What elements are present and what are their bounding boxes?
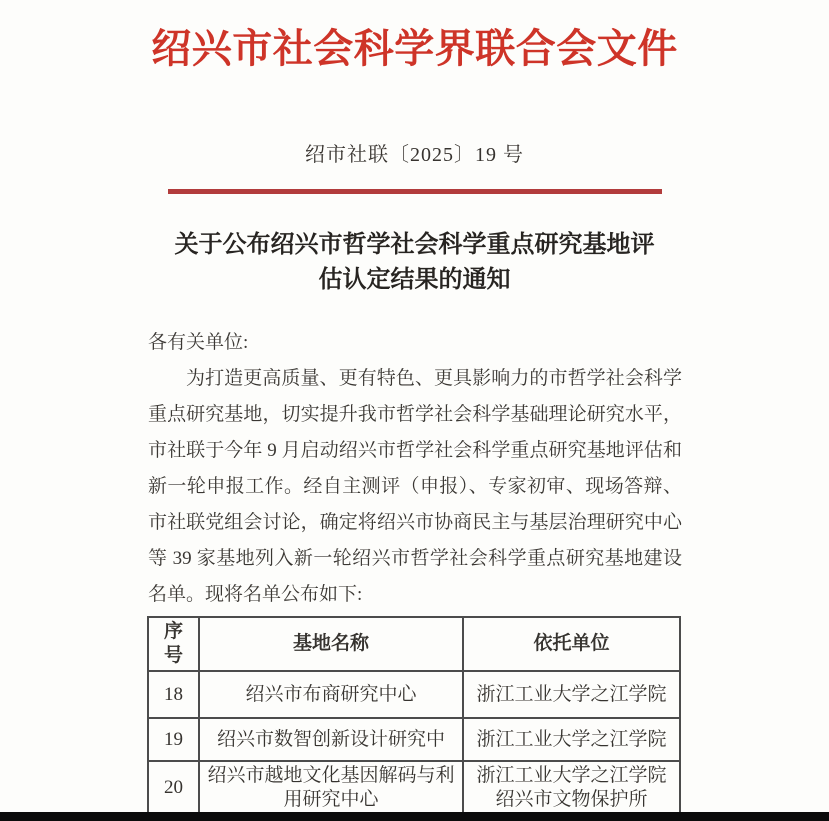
document-body: 各有关单位: 为打造更高质量、更有特色、更具影响力的市哲学社会科学重点研究基地，… (148, 325, 682, 613)
table-row: 19 绍兴市数智创新设计研究中 浙江工业大学之江学院 (148, 718, 680, 761)
header-cell-host-unit: 依托单位 (463, 617, 680, 671)
research-base-table: 序号 基地名称 依托单位 18 绍兴市布商研究中心 浙江工业大学之江学院 19 … (147, 616, 681, 816)
document-title: 关于公布绍兴市哲学社会科学重点研究基地评 估认定结果的通知 (0, 228, 829, 298)
cell-base-name: 绍兴市布商研究中心 (199, 671, 463, 718)
cell-host-unit: 浙江工业大学之江学院 绍兴市文物保护所 (463, 761, 680, 815)
cell-base-name: 绍兴市数智创新设计研究中 (199, 718, 463, 761)
salutation: 各有关单位: (148, 325, 682, 361)
table-header-row: 序号 基地名称 依托单位 (148, 617, 680, 671)
red-divider-rule (168, 189, 662, 194)
header-cell-base-name: 基地名称 (199, 617, 463, 671)
cell-number: 20 (148, 761, 199, 815)
cell-number: 19 (148, 718, 199, 761)
image-bottom-edge-bar (0, 812, 829, 821)
table-row: 18 绍兴市布商研究中心 浙江工业大学之江学院 (148, 671, 680, 718)
header-cell-number: 序号 (148, 617, 199, 671)
document-number: 绍市社联〔2025〕19 号 (0, 138, 829, 167)
body-paragraph: 为打造更高质量、更有特色、更具影响力的市哲学社会科学重点研究基地，切实提升我市哲… (148, 361, 682, 613)
cell-number: 18 (148, 671, 199, 718)
document-title-line2: 估认定结果的通知 (0, 263, 829, 298)
document-masthead: 绍兴市社会科学界联合会文件 (0, 22, 829, 76)
cell-host-unit: 浙江工业大学之江学院 (463, 671, 680, 718)
document-title-line1: 关于公布绍兴市哲学社会科学重点研究基地评 (0, 228, 829, 263)
cell-base-name: 绍兴市越地文化基因解码与利用研究中心 (199, 761, 463, 815)
cell-host-unit: 浙江工业大学之江学院 (463, 718, 680, 761)
table-row: 20 绍兴市越地文化基因解码与利用研究中心 浙江工业大学之江学院 绍兴市文物保护… (148, 761, 680, 815)
